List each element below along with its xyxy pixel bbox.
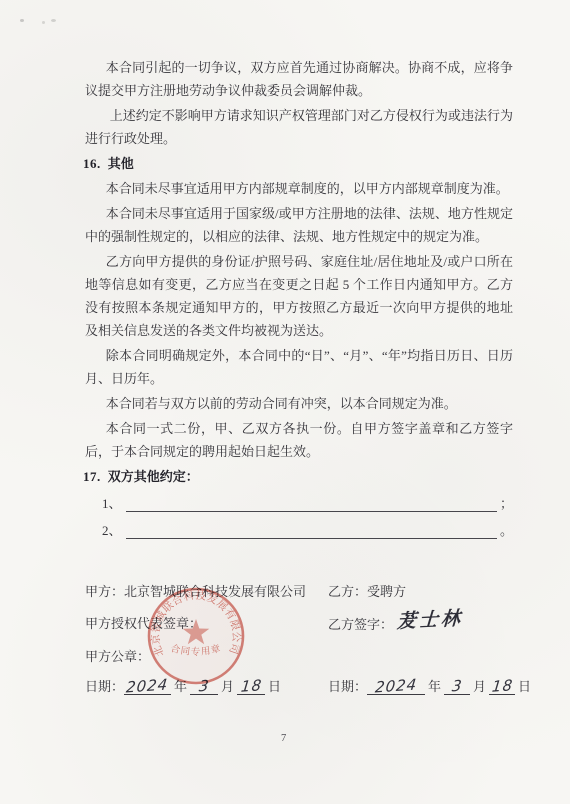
section-title: 双方其他约定：: [108, 469, 199, 484]
fill-in-label: 2、: [102, 519, 122, 542]
party-a-label: 甲方：: [85, 584, 124, 599]
section-number: 16.: [83, 156, 101, 171]
contract-paragraph: 本合同引起的一切争议，双方应首先通过协商解决。协商不成，应将争议提交甲方注册地劳…: [85, 56, 513, 102]
party-a-seal-line: 甲方公章：: [85, 646, 150, 665]
scan-artifact: [20, 19, 24, 22]
handwritten-month: 3: [198, 678, 210, 696]
date-day-field: 18: [237, 677, 265, 695]
date-label: 日期：: [328, 679, 367, 694]
date-month-field: 3: [190, 677, 218, 695]
contract-paragraph: 本合同未尽事宜适用于国家级/或甲方注册地的法律、法规、地方性规定中的强制性规定的…: [85, 202, 513, 248]
month-suffix: 月: [221, 679, 234, 694]
party-a-rep-label: 甲方授权代表签章：: [85, 616, 202, 631]
contract-paragraph: 本合同若与双方以前的劳动合同有冲突，以本合同规定为准。: [85, 392, 513, 415]
year-suffix: 年: [174, 679, 187, 694]
handwritten-signature: 茇士林: [396, 603, 463, 634]
contract-paragraph: 本合同未尽事宜适用甲方内部规章制度的，以甲方内部规章制度为准。: [85, 177, 513, 200]
month-suffix: 月: [473, 679, 486, 694]
year-suffix: 年: [428, 679, 441, 694]
party-b-sign-label: 乙方签字：: [328, 617, 393, 632]
party-a-seal-label: 甲方公章：: [85, 649, 150, 664]
party-a-line: 甲方：北京智城联合科技发展有限公司: [85, 581, 306, 600]
party-b-signature-line: 乙方签字：茇士林: [328, 608, 463, 635]
blank-underline: [126, 495, 497, 512]
contract-paragraph: 本合同一式二份，甲、乙双方各执一份。自甲方签字盖章和乙方签字后，于本合同规定的聘…: [85, 417, 513, 463]
fill-in-punctuation: ；: [500, 492, 513, 515]
fill-in-line-1: 1、 ；: [102, 491, 513, 515]
contract-paragraph: 上述约定不影响甲方请求知识产权管理部门对乙方侵权行为或违法行为进行行政处理。: [85, 104, 513, 150]
scan-artifact: [42, 21, 45, 24]
party-b-name: 受聘方: [367, 584, 406, 599]
party-b-line: 乙方：受聘方: [328, 581, 406, 600]
handwritten-day: 18: [240, 677, 263, 696]
day-suffix: 日: [268, 679, 281, 694]
party-a-date-line: 日期：2024年3月18日: [85, 676, 284, 695]
contract-paragraph: 乙方向甲方提供的身份证/护照号码、家庭住址/居住地址及/或户口所在地等信息如有变…: [85, 250, 513, 342]
seal-ring: [149, 589, 243, 683]
date-day-field: 18: [489, 677, 515, 695]
page-number: 7: [281, 733, 286, 744]
fill-in-line-2: 2、 。: [102, 518, 513, 542]
date-year-field: 2024: [124, 677, 171, 695]
svg-text:合同专用章: 合同专用章: [169, 642, 222, 658]
party-b-date-line: 日期：2024年3月18日: [328, 676, 534, 695]
section-title: 其他: [108, 156, 134, 171]
handwritten-year: 2024: [374, 676, 418, 696]
section-number: 17.: [83, 469, 101, 484]
contract-body: 本合同引起的一切争议，双方应首先通过协商解决。协商不成，应将争议提交甲方注册地劳…: [85, 56, 513, 542]
contract-page: 本合同引起的一切争议，双方应首先通过协商解决。协商不成，应将争议提交甲方注册地劳…: [0, 0, 570, 804]
day-suffix: 日: [518, 679, 531, 694]
section-17-heading: 17.双方其他约定：: [83, 465, 513, 488]
fill-in-label: 1、: [102, 492, 122, 515]
party-b-label: 乙方：: [328, 584, 367, 599]
party-a-rep-signature-line: 甲方授权代表签章：: [85, 613, 202, 632]
section-16-heading: 16.其他: [83, 152, 513, 175]
handwritten-year: 2024: [126, 676, 170, 696]
date-month-field: 3: [444, 677, 470, 695]
handwritten-month: 3: [451, 678, 463, 696]
date-label: 日期：: [85, 679, 124, 694]
blank-underline: [126, 522, 497, 539]
party-a-name: 北京智城联合科技发展有限公司: [124, 584, 306, 599]
scan-artifact: [51, 19, 56, 22]
handwritten-day: 18: [491, 677, 514, 696]
contract-paragraph: 除本合同明确规定外，本合同中的“日”、“月”、“年”均指日历日、日历月、日历年。: [85, 344, 513, 390]
seal-caption-text: 合同专用章: [169, 642, 222, 658]
fill-in-punctuation: 。: [500, 519, 513, 542]
date-year-field: 2024: [367, 677, 425, 695]
